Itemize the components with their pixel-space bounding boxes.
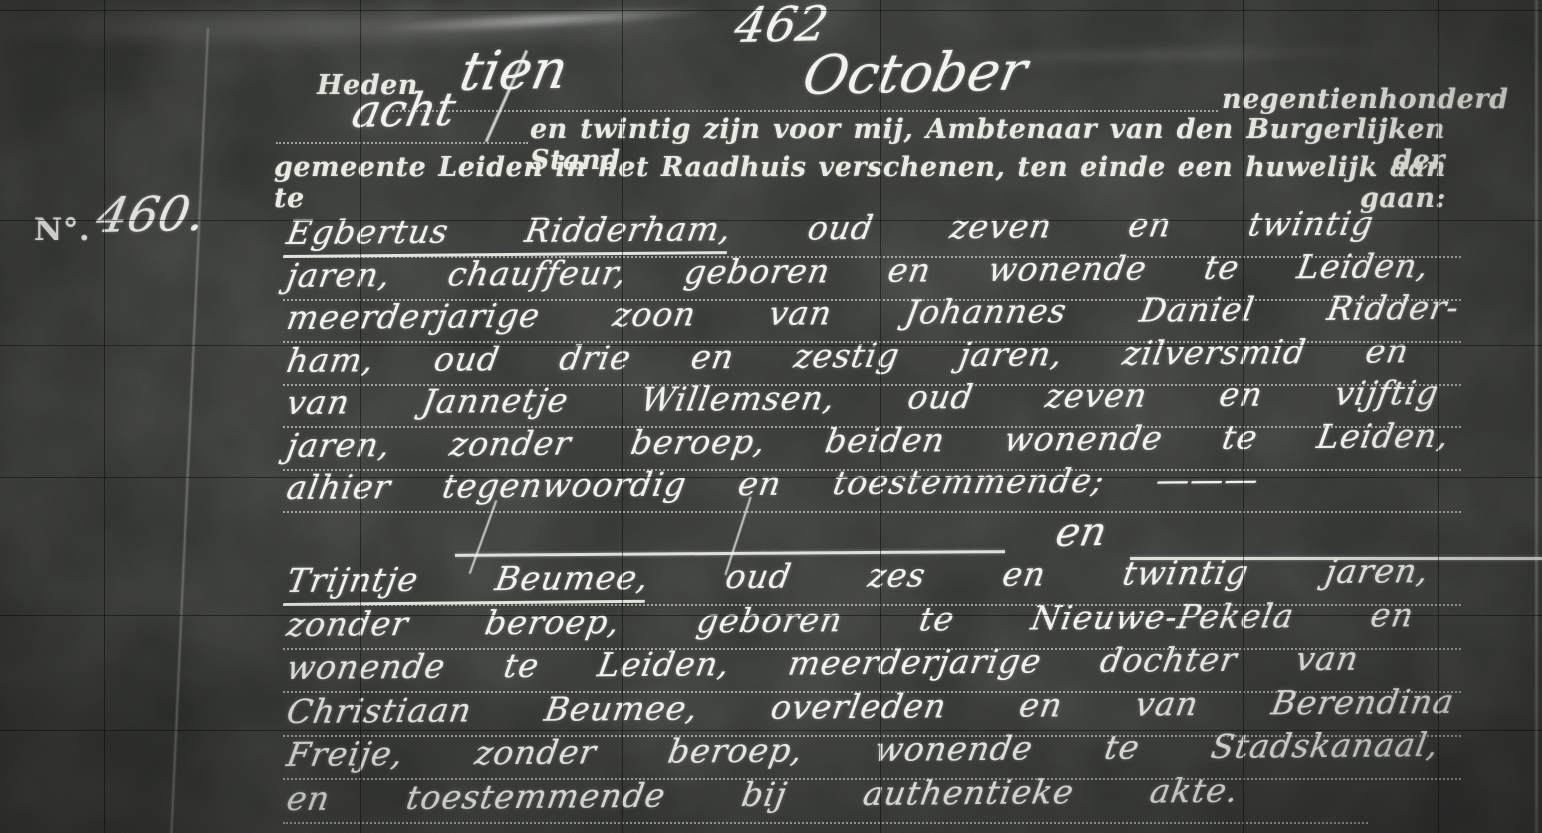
grid-line-vertical xyxy=(104,0,105,833)
printed-negentienhonderd: negentienhonderd xyxy=(1222,84,1508,115)
act-number-label: N°. xyxy=(34,212,90,248)
bride-line-5: Freije, zonder beroep, wonende te Stadsk… xyxy=(283,724,1442,780)
light-streak xyxy=(380,3,710,36)
groom-line-7: alhier tegenwoordig en toestemmende; ——— xyxy=(283,459,1262,513)
bride-name: Trijntje Beumee, xyxy=(283,558,652,606)
groom-line-1-rest: oud zeven en twintig xyxy=(805,204,1377,248)
groom-name: Egbertus Ridderham, xyxy=(283,209,735,258)
handwritten-day: tien xyxy=(455,38,573,103)
handwritten-month: October xyxy=(798,39,1032,107)
ruled-dotted-line xyxy=(276,142,528,144)
ruled-dotted-line xyxy=(392,110,1218,112)
page-edge-line xyxy=(170,28,209,833)
handwritten-year-word: acht xyxy=(348,82,460,138)
marriage-certificate-scan: N°. 460. 462 Heden tien October negentie… xyxy=(0,0,1542,833)
bride-line-6: en toestemmende bij authentieke akte. xyxy=(283,770,1242,824)
light-streak xyxy=(0,4,760,50)
act-number: 460. xyxy=(92,186,210,244)
divider-word: en xyxy=(1052,509,1110,556)
page-edge-line xyxy=(1535,0,1538,833)
bride-line-1-rest: oud zes en twintig jaren, xyxy=(723,551,1432,596)
